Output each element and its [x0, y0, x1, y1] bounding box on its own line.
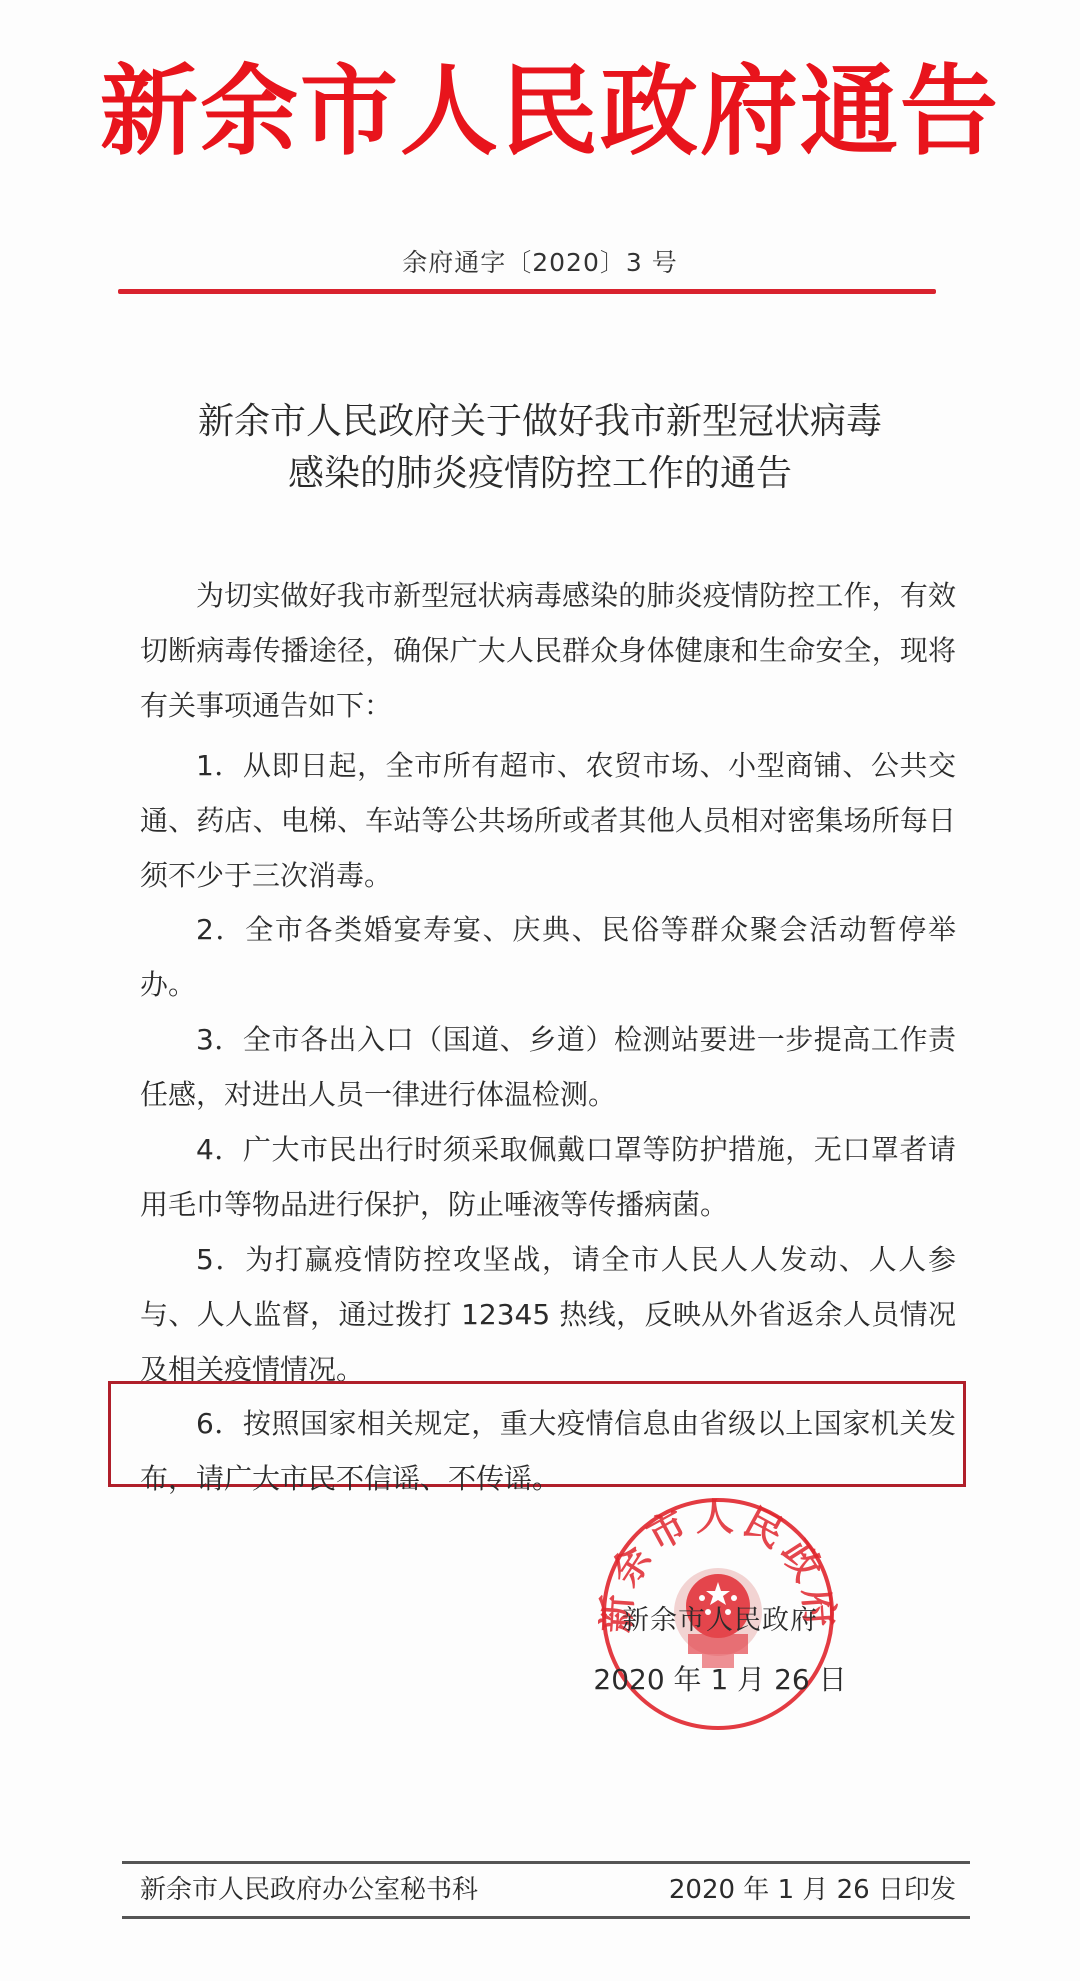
notice-item-text: 4．广大市民出行时须采取佩戴口罩等防护措施，无口罩者请用毛巾等物品进行保护，防止… [140, 1122, 956, 1232]
footer-issue-date: 2020 年 1 月 26 日印发 [669, 1872, 956, 1908]
notice-item-3: 3．全市各出入口（国道、乡道）检测站要进一步提高工作责任感，对进出人员一律进行体… [140, 1012, 956, 1122]
document-page: 新余市人民政府通告 余府通字〔2020〕3 号 新余市人民政府关于做好我市新型冠… [0, 0, 1080, 1981]
signature-organization: 新余市人民政府 [600, 1603, 840, 1639]
notice-item-4: 4．广大市民出行时须采取佩戴口罩等防护措施，无口罩者请用毛巾等物品进行保护，防止… [140, 1122, 956, 1232]
notice-item-text: 3．全市各出入口（国道、乡道）检测站要进一步提高工作责任感，对进出人员一律进行体… [140, 1012, 956, 1122]
notice-item-6: 6．按照国家相关规定，重大疫情信息由省级以上国家机关发布，请广大市民不信谣、不传… [140, 1396, 956, 1506]
footer-top-rule [122, 1861, 970, 1864]
notice-item-text: 2．全市各类婚宴寿宴、庆典、民俗等群众聚会活动暂停举办。 [140, 902, 956, 1012]
document-title: 新余市人民政府关于做好我市新型冠状病毒 感染的肺炎疫情防控工作的通告 [110, 396, 970, 500]
notice-item-text: 1．从即日起，全市所有超市、农贸市场、小型商铺、公共交通、药店、电梯、车站等公共… [140, 738, 956, 903]
notice-item-5: 5．为打赢疫情防控攻坚战，请全市人民人人发动、人人参与、人人监督，通过拨打 12… [140, 1232, 956, 1397]
document-number: 余府通字〔2020〕3 号 [100, 246, 980, 280]
notice-item-text: 6．按照国家相关规定，重大疫情信息由省级以上国家机关发布，请广大市民不信谣、不传… [140, 1396, 956, 1506]
notice-item-2: 2．全市各类婚宴寿宴、庆典、民俗等群众聚会活动暂停举办。 [140, 902, 956, 1012]
title-line-1: 新余市人民政府关于做好我市新型冠状病毒 [110, 396, 970, 448]
title-line-2: 感染的肺炎疫情防控工作的通告 [110, 448, 970, 500]
footer-issuer: 新余市人民政府办公室秘书科 [140, 1872, 478, 1908]
red-divider [118, 289, 936, 294]
intro-paragraph: 为切实做好我市新型冠状病毒感染的肺炎疫情防控工作，有效切断病毒传播途径，确保广大… [140, 568, 956, 733]
notice-item-text: 5．为打赢疫情防控攻坚战，请全市人民人人发动、人人参与、人人监督，通过拨打 12… [140, 1232, 956, 1397]
intro-paragraph-block: 为切实做好我市新型冠状病毒感染的肺炎疫情防控工作，有效切断病毒传播途径，确保广大… [140, 568, 956, 733]
signature-date: 2020 年 1 月 26 日 [590, 1662, 850, 1698]
footer-bottom-rule [122, 1916, 970, 1919]
masthead-title: 新余市人民政府通告 [100, 52, 980, 172]
notice-item-1: 1．从即日起，全市所有超市、农贸市场、小型商铺、公共交通、药店、电梯、车站等公共… [140, 738, 956, 903]
